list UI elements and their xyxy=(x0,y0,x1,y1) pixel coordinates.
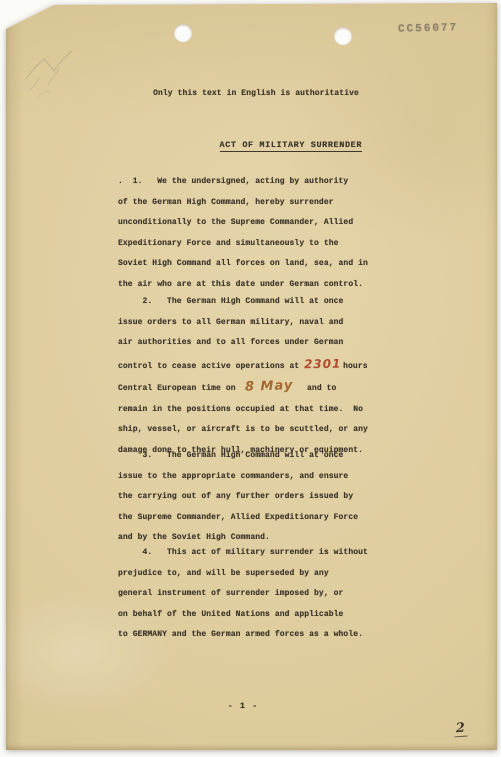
pencil-scribble xyxy=(20,37,120,117)
punch-hole-left xyxy=(174,24,192,42)
scanned-photo-background: CC56077 Only this text in English is aut… xyxy=(0,0,501,757)
document-page: CC56077 Only this text in English is aut… xyxy=(6,3,497,750)
paragraph-1: . 1. We the undersigned, acting by autho… xyxy=(118,172,368,295)
paper-sheet: CC56077 Only this text in English is aut… xyxy=(6,3,497,750)
page-number: - 1 - xyxy=(118,696,368,717)
pencil-page-mark: 2 xyxy=(453,722,467,738)
paragraph-3: 3. The German High Command will at once … xyxy=(118,446,358,549)
authority-line: Only this text in English is authoritati… xyxy=(118,87,394,101)
paragraph-2: 2. The German High Command will at once … xyxy=(118,292,368,461)
paragraph-4: 4. This act of military surrender is wit… xyxy=(118,543,368,646)
handwritten-date: 8 May xyxy=(245,376,288,398)
document-title-text: ACT OF MILITARY SURRENDER xyxy=(220,140,363,152)
document-title: ACT OF MILITARY SURRENDER xyxy=(130,124,406,166)
handwritten-time: 2301 xyxy=(304,353,338,374)
reference-number-stamp: CC56077 xyxy=(398,22,459,36)
paragraph-2-typed-3: and to remain in the positions occupied … xyxy=(118,384,368,455)
punch-hole-right xyxy=(334,27,352,45)
